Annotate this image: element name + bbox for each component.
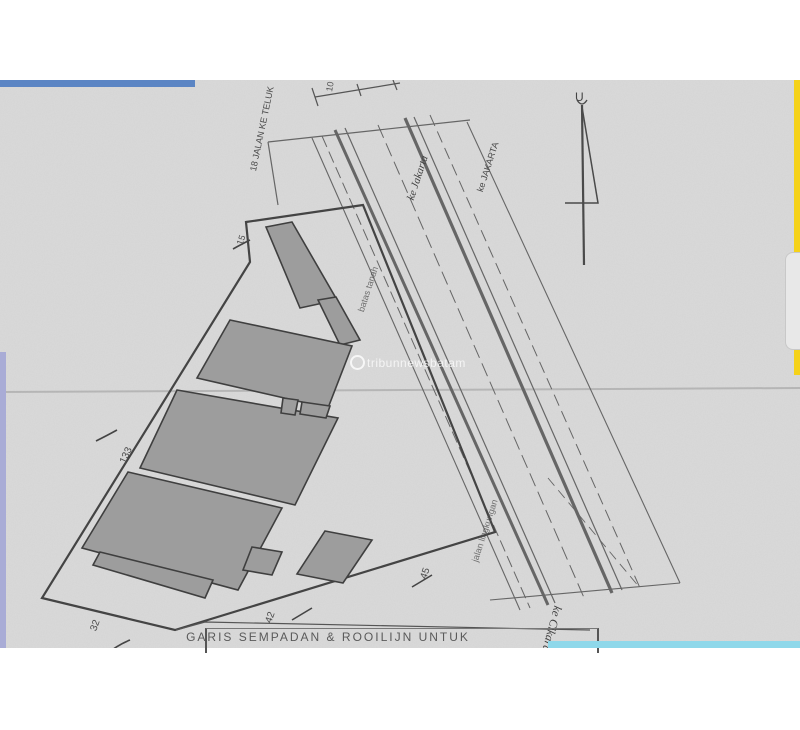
- watermark-text: tribunnewsbatam: [367, 356, 466, 370]
- watermark: tribunnewsbatam: [350, 355, 466, 370]
- watermark-logo-icon: [350, 355, 365, 370]
- frame-bar-bottom: [548, 641, 800, 648]
- svg-text:10: 10: [324, 81, 336, 93]
- side-tab-handle[interactable]: [785, 252, 800, 350]
- north-label: U: [575, 90, 584, 104]
- frame-bar-top-left: [0, 80, 195, 87]
- frame-bar-left: [0, 352, 6, 648]
- legend-caption: GARIS SEMPADAN & ROOILIJN UNTUK: [48, 630, 608, 644]
